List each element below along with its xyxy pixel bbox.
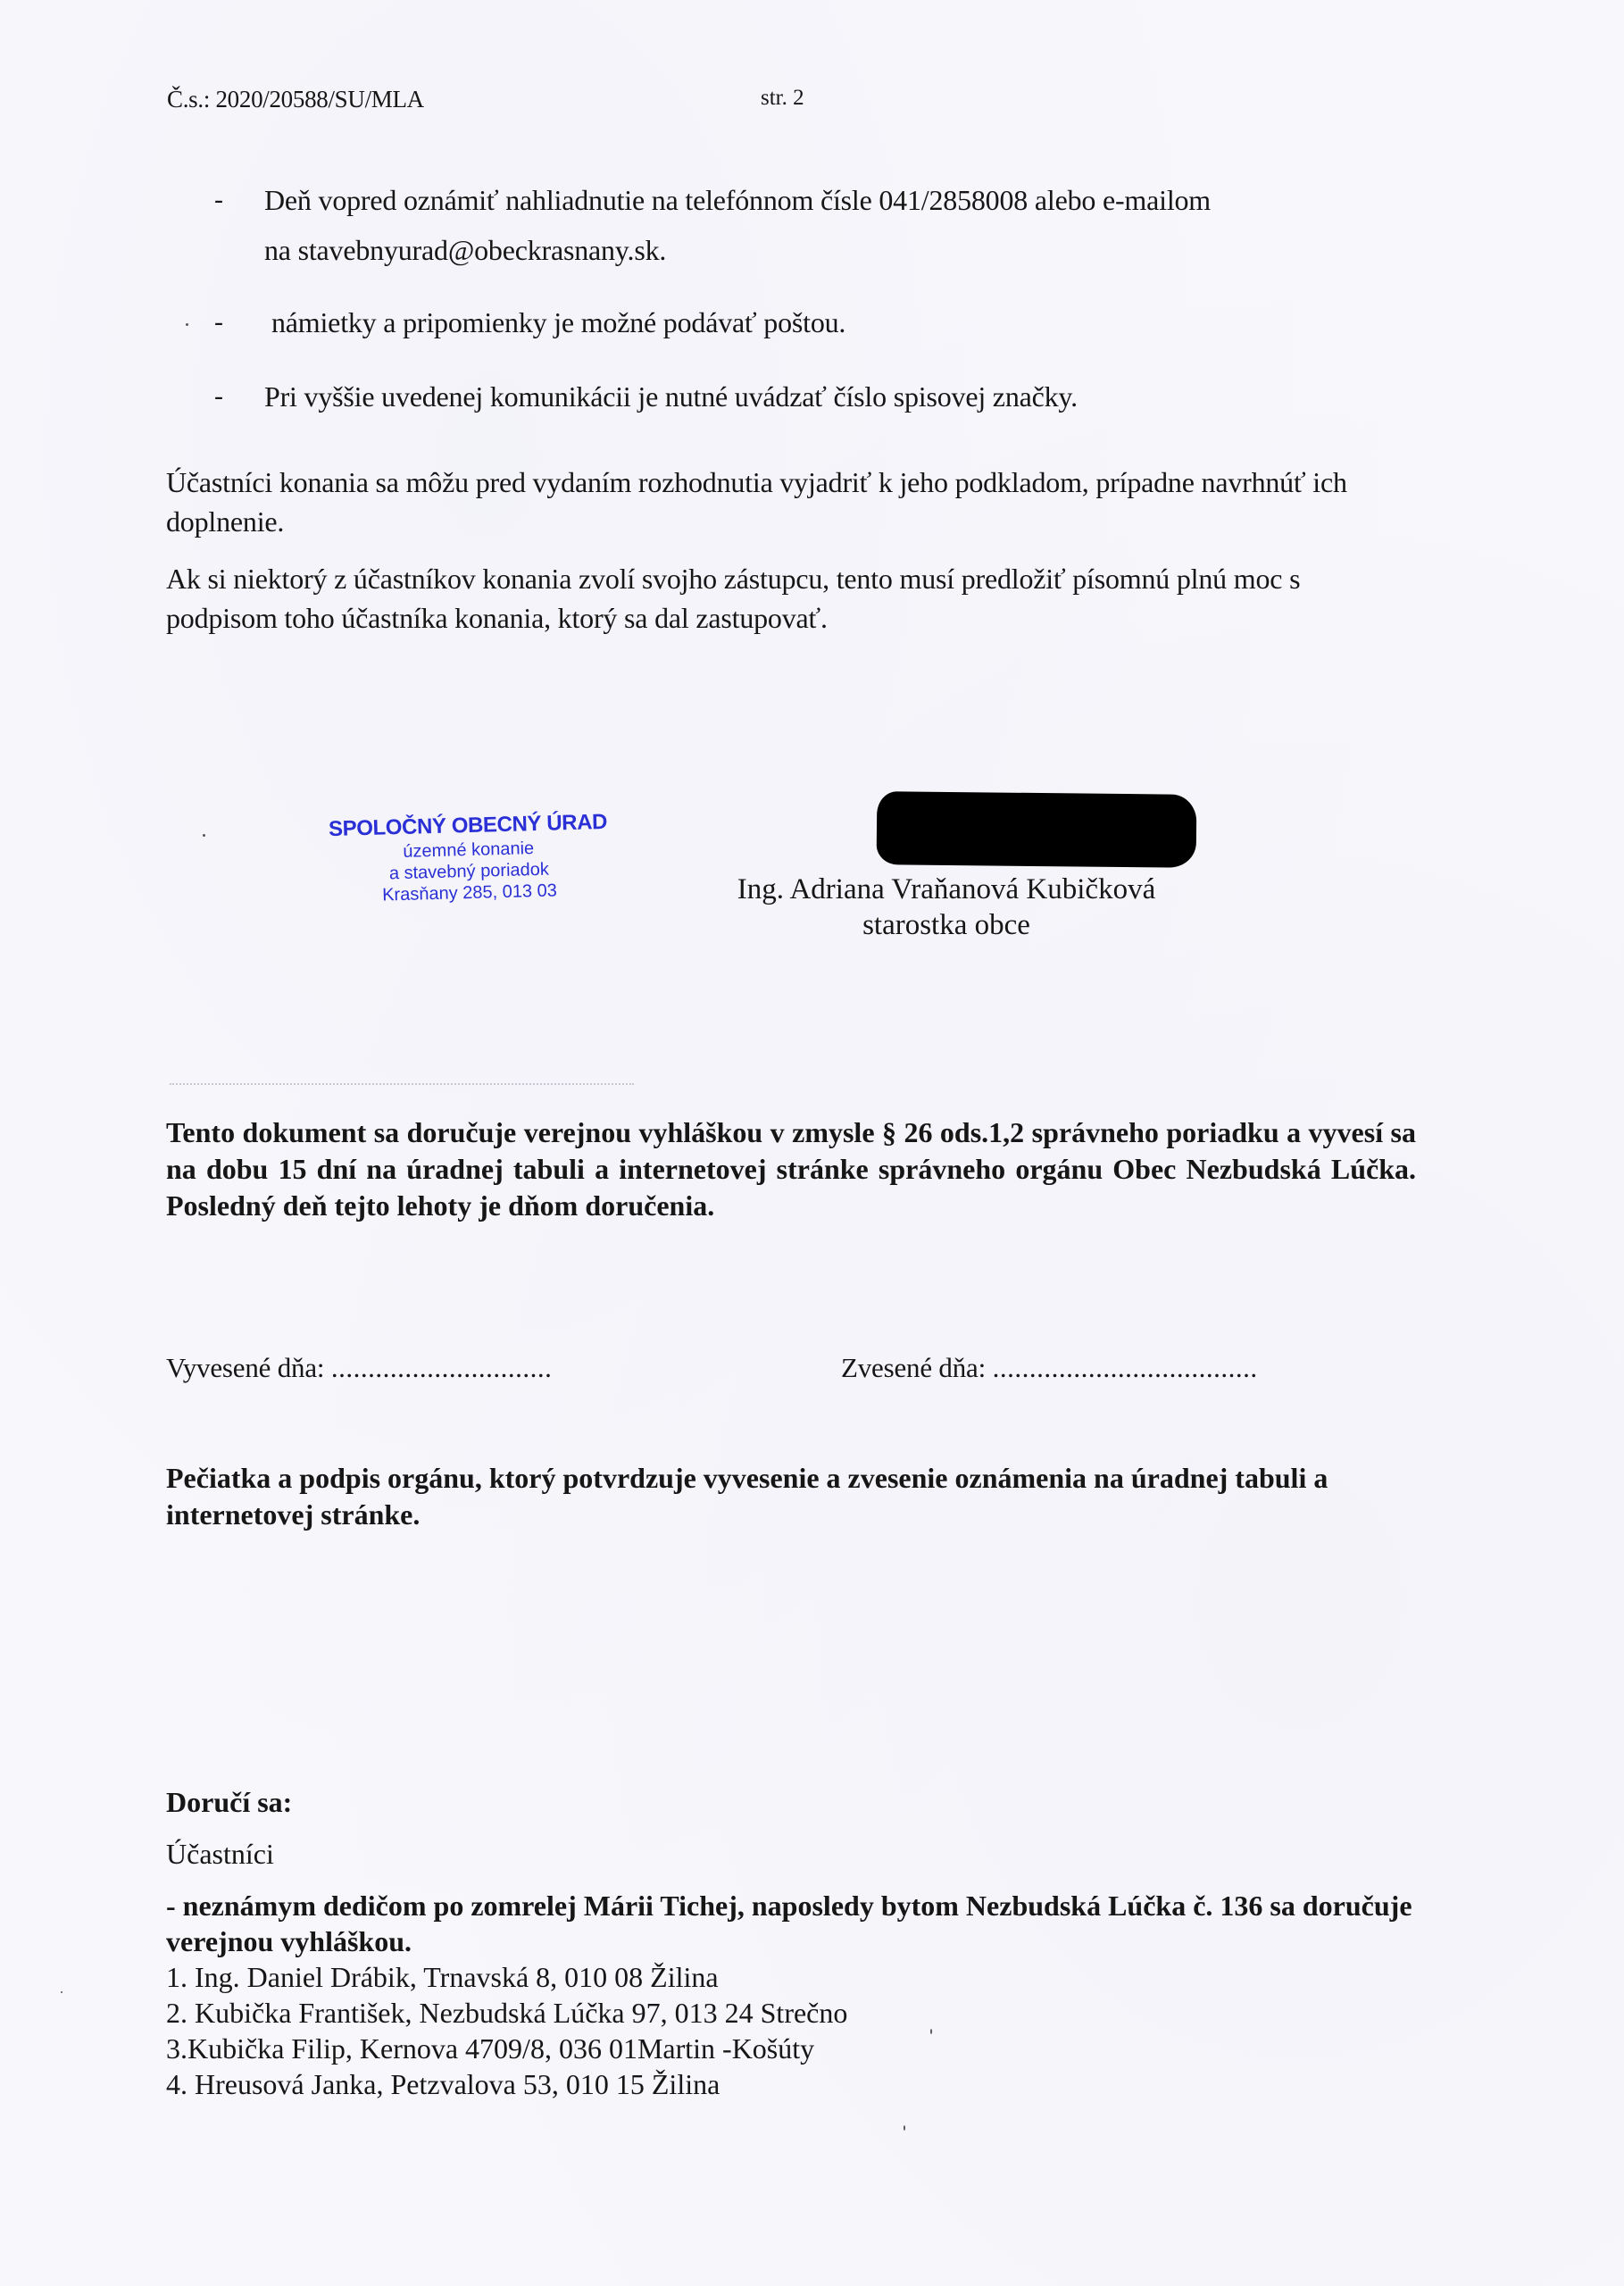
delivery-heading: Doručí sa: [166, 1782, 1416, 1822]
posted-date-blank: .............................. [331, 1352, 553, 1384]
signer-name: Ing. Adriana Vraňanová Kubičková [696, 872, 1196, 907]
posted-date-field: Vyvesené dňa: ..........................… [166, 1352, 552, 1384]
bullet-dash: - [214, 371, 232, 421]
bullet-dash: - [214, 175, 232, 225]
separator-line [170, 1083, 634, 1085]
email-link[interactable]: stavebnyurad@obeckrasnany.sk [298, 234, 660, 266]
scan-speck [904, 2125, 905, 2131]
participants-subheading: Účastníci [166, 1834, 1416, 1873]
bullet-item-contact: - Deň vopred oznámiť nahliadnutie na tel… [214, 175, 1428, 275]
bullet-item-objections: - námietky a pripomienky je možné podáva… [214, 297, 1428, 347]
scan-speck [61, 1991, 62, 1993]
bullet-text-line: na stavebnyurad@obeckrasnany.sk. [264, 225, 1428, 275]
recipient-item: 4. Hreusová Janka, Petzvalova 53, 010 15… [166, 2066, 1416, 2102]
text-suffix: . [659, 234, 666, 266]
stamp-signature-notice: Pečiatka a podpis orgánu, ktorý potvrdzu… [166, 1460, 1416, 1533]
bullet-text: námietky a pripomienky je možné podávať … [271, 297, 1428, 347]
representative-paragraph: Ak si niektorý z účastníkov konania zvol… [166, 559, 1416, 638]
bullet-text: Pri vyššie uvedenej komunikácii je nutné… [264, 371, 1428, 421]
scan-speck [186, 323, 188, 326]
recipient-item: 2. Kubička František, Nezbudská Lúčka 97… [166, 1995, 1416, 2031]
signer-role: starostka obce [696, 907, 1196, 943]
scan-speck [930, 2029, 932, 2034]
bullet-text-line: Deň vopred oznámiť nahliadnutie na telef… [264, 175, 1428, 225]
recipient-item: 3.Kubička Filip, Kernova 4709/8, 036 01M… [166, 2031, 1416, 2066]
office-stamp: SPOLOČNÝ OBECNÝ ÚRAD územné konanie a st… [321, 809, 618, 908]
posted-date-label: Vyvesené dňa: [166, 1352, 324, 1383]
removed-date-blank: .................................... [993, 1352, 1258, 1384]
reference-number: Č.s.: 2020/20588/SU/MLA [167, 86, 424, 113]
delivery-section: Doručí sa: Účastníci - neznámym dedičom … [166, 1782, 1416, 2102]
document-page: Č.s.: 2020/20588/SU/MLA str. 2 - Deň vop… [0, 0, 1624, 2286]
scan-speck [203, 834, 205, 837]
removed-date-label: Zvesené dňa: [841, 1352, 986, 1383]
page-number: str. 2 [761, 86, 804, 111]
public-notice-recipient: - neznámym dedičom po zomrelej Márii Tic… [166, 1888, 1416, 1959]
removed-date-field: Zvesené dňa: ...........................… [841, 1352, 1258, 1384]
bullet-dash: - [214, 297, 232, 347]
public-notice-paragraph: Tento dokument sa doručuje verejnou vyhl… [166, 1114, 1416, 1224]
recipient-item: 1. Ing. Daniel Drábik, Trnavská 8, 010 0… [166, 1959, 1416, 1995]
participants-paragraph: Účastníci konania sa môžu pred vydaním r… [166, 463, 1416, 541]
text-prefix: na [264, 234, 298, 266]
signer-block: Ing. Adriana Vraňanová Kubičková starost… [696, 872, 1196, 943]
bullet-item-reference: - Pri vyššie uvedenej komunikácii je nut… [214, 371, 1428, 421]
signature-redaction [877, 791, 1197, 868]
